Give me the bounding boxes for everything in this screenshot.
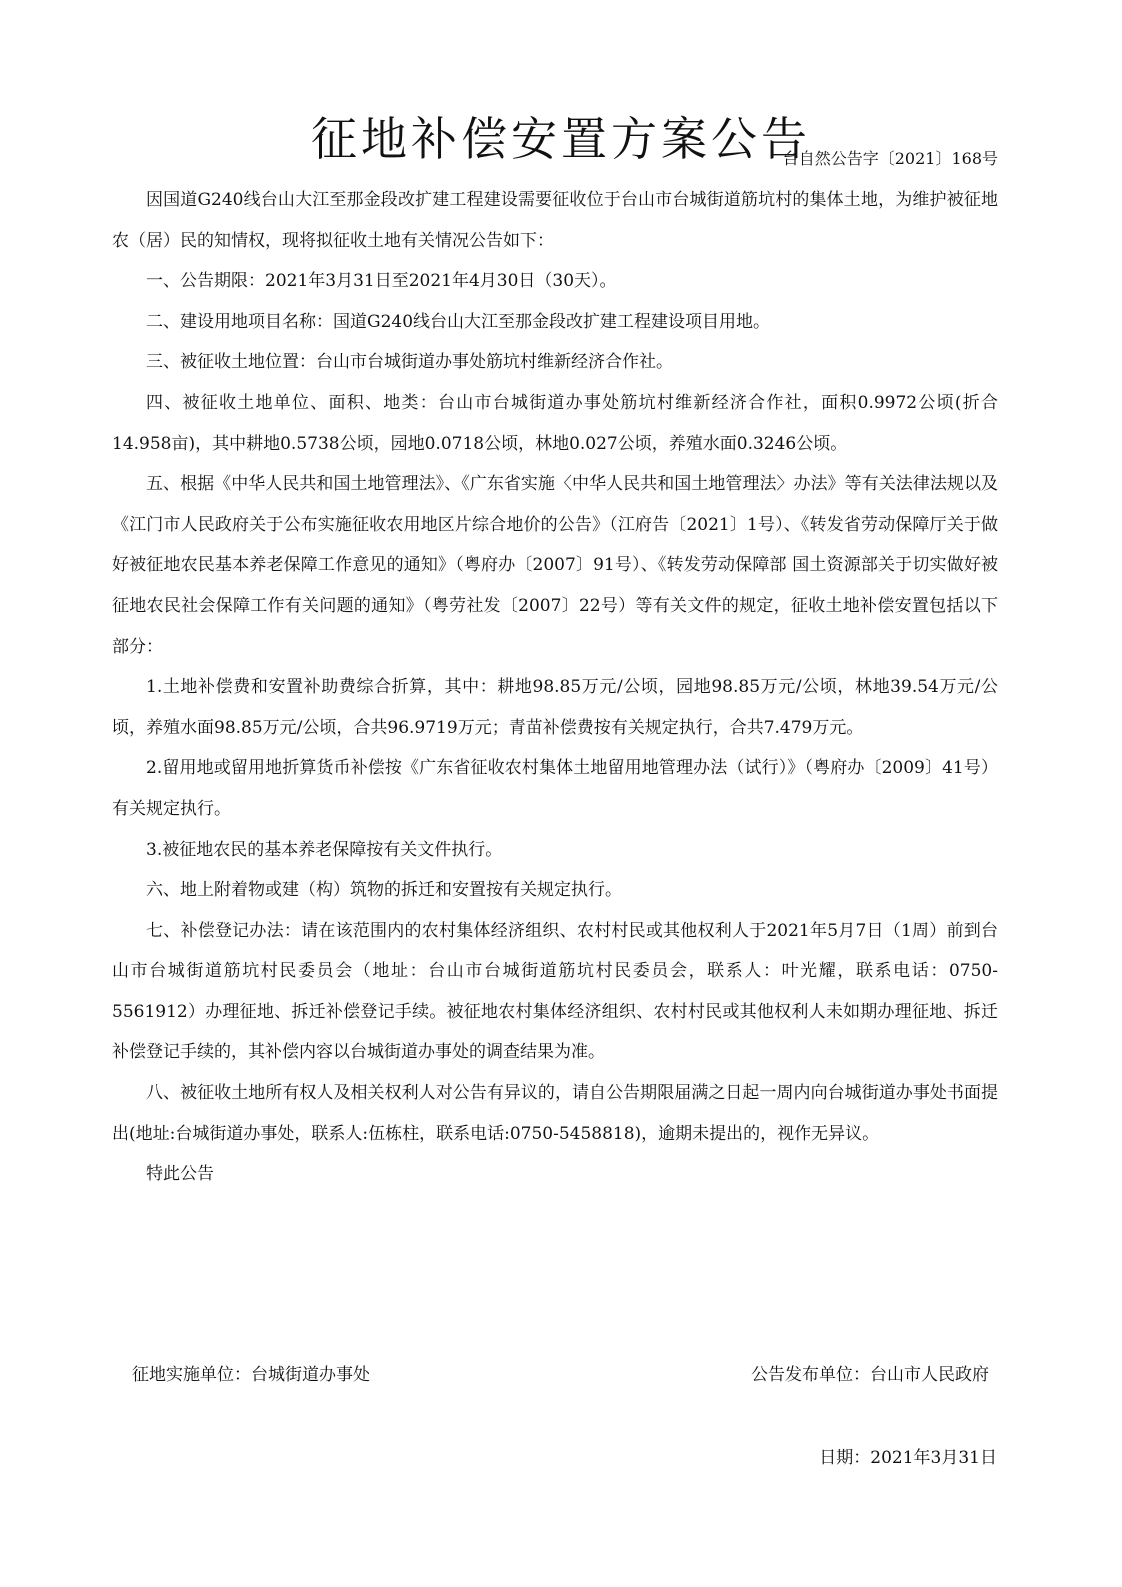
section-6-structures: 六、地上附着物或建（构）筑物的拆迁和安置按有关规定执行。 [112, 870, 998, 911]
section-5-item-3: 3.被征地农民的基本养老保障按有关文件执行。 [112, 830, 998, 871]
issue-date: 日期：2021年3月31日 [819, 1443, 997, 1468]
section-8-objection: 八、被征收土地所有权人及相关权利人对公告有异议的，请自公告期限届满之日起一周内向… [112, 1073, 998, 1154]
announcement-body: 因国道G240线台山大江至那金段改扩建工程建设需要征收位于台山市台城街道筋坑村的… [112, 180, 998, 1195]
section-1-period: 一、公告期限：2021年3月31日至2021年4月30日（30天）。 [112, 261, 998, 302]
section-5-item-1: 1.土地补偿费和安置补助费综合折算，其中：耕地98.85万元/公顷，园地98.8… [112, 667, 998, 748]
implementer-signature: 征地实施单位：台城街道办事处 [132, 1360, 370, 1385]
section-4-area: 四、被征收土地单位、面积、地类：台山市台城街道办事处筋坑村维新经济合作社，面积0… [112, 383, 998, 464]
section-5-basis: 五、根据《中华人民共和国土地管理法》、《广东省实施〈中华人民共和国土地管理法〉办… [112, 464, 998, 667]
section-3-location: 三、被征收土地位置：台山市台城街道办事处筋坑村维新经济合作社。 [112, 342, 998, 383]
section-2-project: 二、建设用地项目名称：国道G240线台山大江至那金段改扩建工程建设项目用地。 [112, 302, 998, 343]
closing-line: 特此公告 [112, 1154, 998, 1195]
publisher-signature: 公告发布单位：台山市人民政府 [751, 1360, 989, 1385]
section-5-item-2: 2.留用地或留用地折算货币补偿按《广东省征收农村集体土地留用地管理办法（试行）》… [112, 748, 998, 829]
document-number: 台自然公告字〔2021〕168号 [783, 146, 998, 169]
intro-paragraph: 因国道G240线台山大江至那金段改扩建工程建设需要征收位于台山市台城街道筋坑村的… [112, 180, 998, 261]
section-7-registration: 七、补偿登记办法：请在该范围内的农村集体经济组织、农村村民或其他权利人于2021… [112, 911, 998, 1073]
